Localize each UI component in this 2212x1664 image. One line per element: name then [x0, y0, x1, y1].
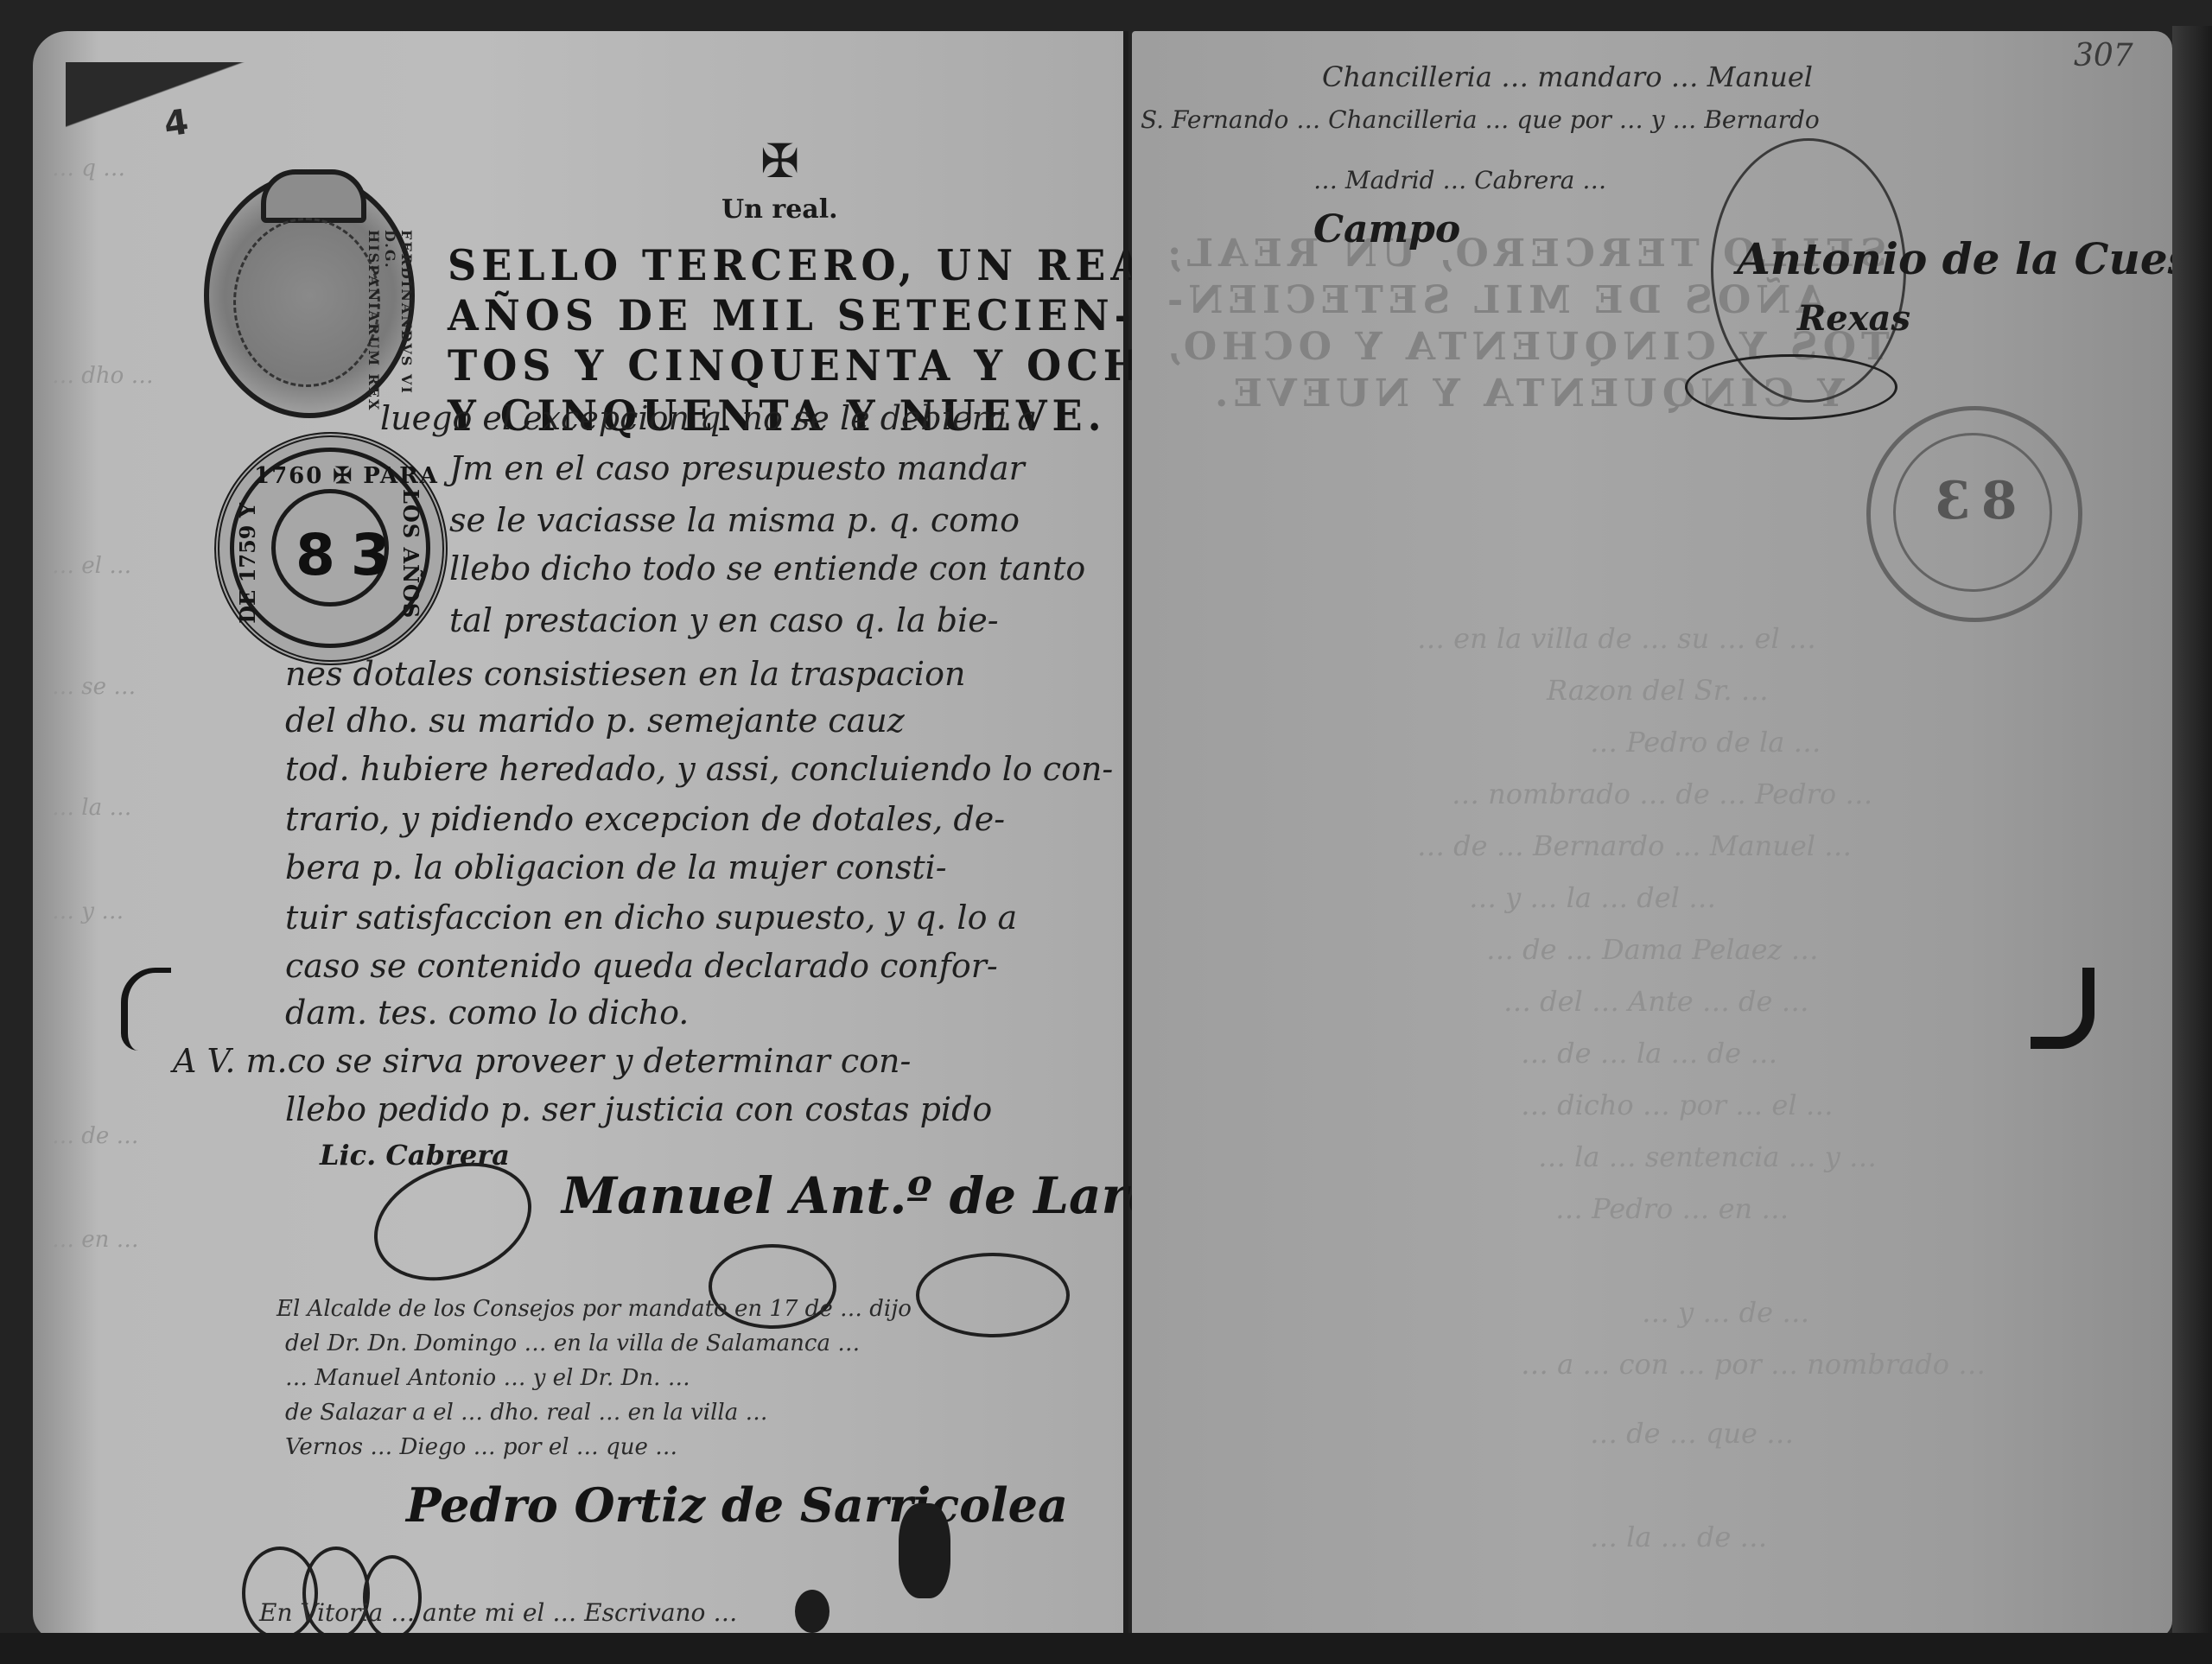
bleed-line: … de … Dama Pelaez …	[1486, 933, 1819, 966]
body-line: caso se contenido queda declarado confor…	[285, 947, 998, 985]
top-line: S. Fernando … Chancilleria … que por … y…	[1141, 105, 1820, 134]
margin-bleed-line: … el …	[52, 553, 131, 579]
bleed-line: … y … la … del …	[1469, 881, 1716, 914]
margin-bleed-line: … de …	[52, 1123, 139, 1149]
margin-bracket-mark	[2031, 968, 2094, 1049]
bleed-line: … Pedro de la …	[1590, 726, 1821, 759]
folio-number-right: 307	[2074, 38, 2133, 73]
decree-line: del Dr. Dn. Domingo … en la villa de Sal…	[285, 1331, 860, 1356]
bleed-line: … del … Ante … de …	[1503, 985, 1809, 1018]
margin-bleed-line: … en …	[52, 1227, 139, 1253]
ink-stain	[795, 1590, 829, 1633]
cross-icon: ✠	[760, 134, 799, 188]
body-line: tal prestacion y en caso q. la bie-	[449, 601, 999, 639]
decree-line: El Alcalde de los Consejos por mandato e…	[276, 1296, 912, 1322]
body-line: dam. tes. como lo dicho.	[285, 994, 689, 1032]
margin-bleed-line: … y …	[52, 899, 124, 924]
mirrored-seal-value: 83	[1924, 471, 2018, 531]
closing-line: A V. m.co se sirva proveer y determinar …	[173, 1042, 911, 1080]
royal-seal-icon: FERDINANDVS VI D.G. HISPANIARUM REX	[204, 173, 415, 418]
body-line: Jm en el caso presupuesto mandar	[449, 449, 1025, 487]
bleed-line: … dicho … por … el …	[1521, 1089, 1834, 1121]
signature-cuesta: Antonio de la Cuesta	[1737, 233, 2212, 284]
sello-line: TOS Y CINQUENTA Y OCHO,	[448, 340, 1130, 392]
margin-bleed-line: … se …	[52, 674, 136, 700]
signature-initials: Rexas	[1797, 298, 1910, 339]
margin-bleed-line: … dho …	[52, 363, 154, 389]
seal-center-value: 83	[296, 522, 406, 588]
bottom-line: En Vitoria … ante mi el … Escrivano …	[259, 1598, 737, 1627]
bleed-line: … Pedro … en …	[1555, 1192, 1789, 1225]
bleed-line: … en la villa de … su … el …	[1417, 622, 1816, 655]
top-line: … Madrid … Cabrera …	[1313, 166, 1606, 194]
seal-legend-left: DE 1759 Y	[235, 503, 260, 624]
bleed-line: … la … sentencia … y …	[1538, 1140, 1877, 1173]
bleed-line: Razon del Sr. …	[1547, 674, 1769, 707]
sello-line: AÑOS DE MIL SETECIEN-	[448, 289, 1130, 342]
body-line: bera p. la obligacion de la mujer consti…	[285, 848, 947, 886]
body-line: luego el excepcion q. no se le debiera a	[380, 399, 1037, 437]
rubric-blot-icon	[899, 1503, 950, 1598]
bleed-line: … la … de …	[1590, 1521, 1767, 1553]
scan-edge-right	[2172, 26, 2212, 1650]
margin-bleed-line: … la …	[52, 795, 131, 821]
body-line: tod. hubiere heredado, y assi, concluien…	[285, 750, 1113, 788]
decree-line: Vernos … Diego … por el … que …	[285, 1434, 677, 1460]
bleed-line: … nombrado … de … Pedro …	[1452, 778, 1872, 810]
page-gutter	[1123, 31, 1128, 1640]
mirrored-seal-bleed-icon: 83	[1866, 406, 2082, 622]
scan-edge-bottom	[0, 1633, 2212, 1664]
signature-notary: Pedro Ortiz de Sarricolea	[406, 1477, 1068, 1533]
decree-line: de Salazar a el … dho. real … en la vill…	[285, 1400, 767, 1426]
coat-of-arms	[233, 218, 380, 387]
margin-bleed-line: … q …	[52, 156, 125, 181]
bleed-line: … y … de …	[1642, 1296, 1809, 1329]
top-line: Chancilleria … mandaro … Manuel	[1322, 60, 1813, 93]
body-line: llebo dicho todo se entiende con tanto	[449, 549, 1085, 587]
body-line: trario, y pidiendo excepcion de dotales,…	[285, 800, 1005, 838]
body-line: se le vaciasse la misma p. q. como	[449, 501, 1020, 539]
rubric-flourish-icon	[1685, 354, 1897, 420]
body-line: del dho. su marido p. semejante cauz	[285, 702, 905, 740]
body-line: tuir satisfaccion en dicho supuesto, y q…	[285, 899, 1017, 937]
sello-line: SELLO TERCERO, UN REAL;	[448, 239, 1130, 292]
rubric-flourish-icon	[916, 1253, 1070, 1337]
year-seal-icon: 1760 ✠ PARA LOS AÑOS DE 1759 Y 83	[214, 432, 448, 665]
margin-bracket-mark	[121, 968, 171, 1051]
bleed-line: … a … con … por … nombrado …	[1521, 1348, 1986, 1381]
stamp-value-label: Un real.	[721, 194, 838, 225]
crown-icon	[261, 169, 366, 223]
rubric-flourish-icon	[363, 1555, 422, 1640]
bleed-line: … de … Bernardo … Manuel …	[1417, 829, 1852, 862]
signature-campo: Campo	[1313, 207, 1460, 251]
closing-line: llebo pedido p. ser justicia con costas …	[285, 1090, 992, 1128]
body-line: nes dotales consistiesen en la traspacio…	[285, 655, 965, 693]
decree-line: … Manuel Antonio … y el Dr. Dn. …	[285, 1365, 690, 1391]
seal-legend-top: 1760 ✠ PARA	[254, 463, 439, 489]
royal-seal-legend: FERDINANDVS VI D.G. HISPANIARUM REX	[365, 230, 415, 413]
bleed-line: … de … que …	[1590, 1417, 1794, 1450]
bleed-line: … de … la … de …	[1521, 1037, 1777, 1070]
